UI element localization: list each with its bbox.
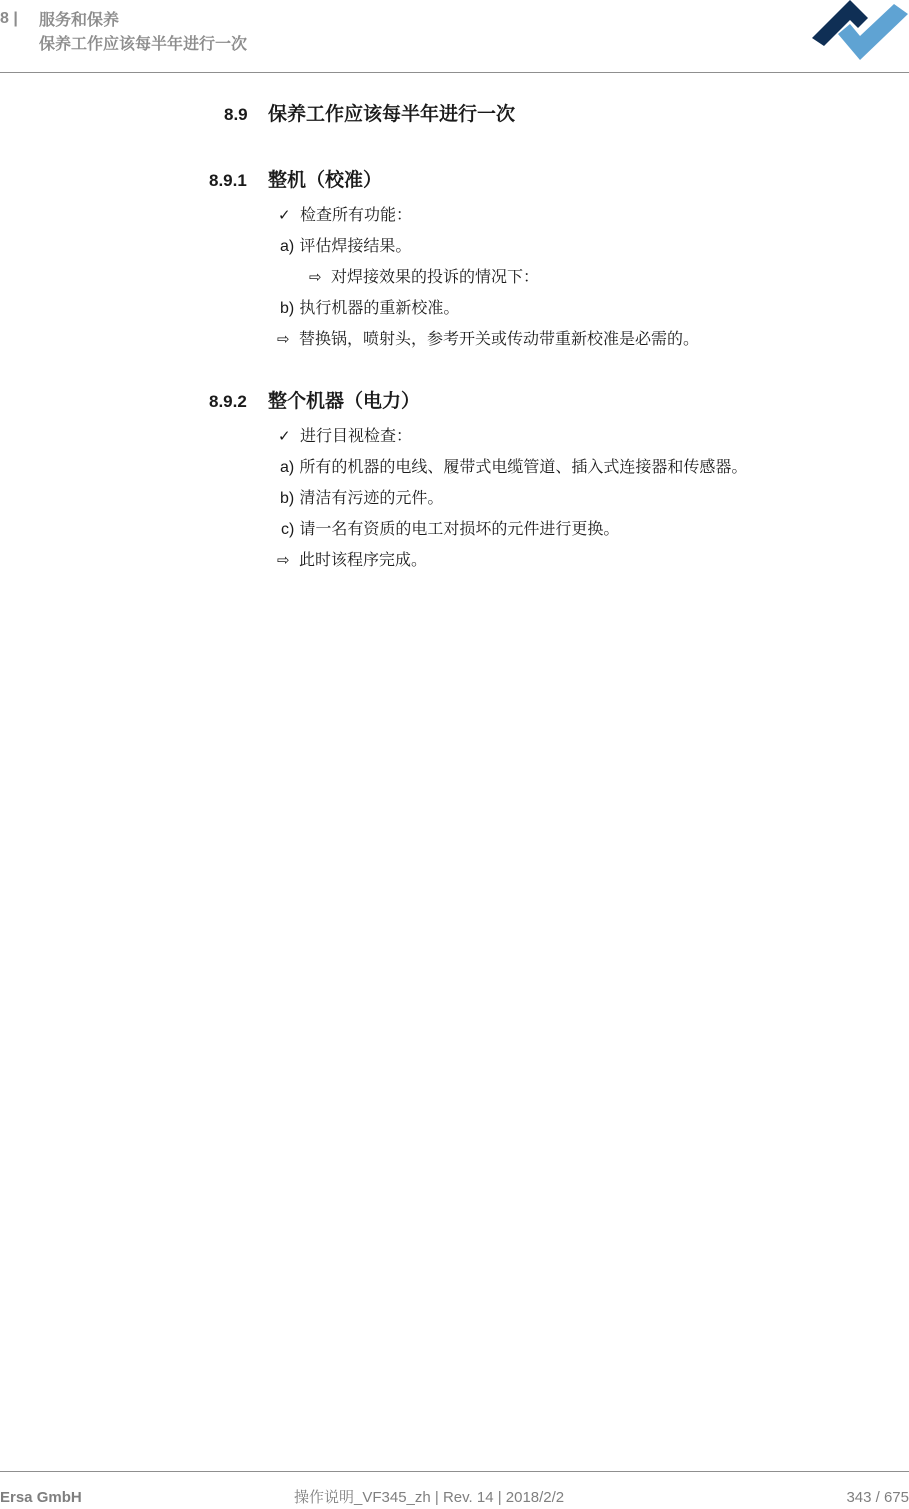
running-section-title: 保养工作应该每半年进行一次 bbox=[39, 33, 247, 55]
header-divider bbox=[0, 72, 909, 73]
subsection-title: 整机（校准） bbox=[268, 169, 382, 191]
subsection-number: 8.9.2 bbox=[209, 388, 268, 416]
step-label: a) bbox=[280, 238, 294, 255]
arrow-right-icon: ⇨ bbox=[277, 549, 299, 571]
step-item: a) 所有的机器的电线、履带式电缆管道、插入式连接器和传感器。 bbox=[280, 456, 747, 479]
step-item: c) 请一名有资质的电工对损坏的元件进行更换。 bbox=[281, 518, 619, 541]
result-item: ⇨此时该程序完成。 bbox=[277, 549, 427, 571]
chapter-number: 8 | bbox=[0, 10, 18, 28]
step-item: b) 执行机器的重新校准。 bbox=[280, 297, 459, 320]
step-label: b) bbox=[280, 300, 294, 317]
item-text: 替换锅，喷射头，参考开关或传动带重新校准是必需的。 bbox=[299, 329, 699, 348]
item-text: 所有的机器的电线、履带式电缆管道、插入式连接器和传感器。 bbox=[299, 457, 747, 476]
item-text: 清洁有污迹的元件。 bbox=[299, 488, 443, 507]
item-text: 进行目视检查： bbox=[300, 426, 412, 445]
item-text: 此时该程序完成。 bbox=[299, 550, 427, 569]
subsection-number: 8.9.1 bbox=[209, 167, 268, 195]
check-item: ✓检查所有功能： bbox=[278, 204, 412, 226]
result-item: ⇨替换锅，喷射头，参考开关或传动带重新校准是必需的。 bbox=[277, 328, 699, 350]
item-text: 执行机器的重新校准。 bbox=[299, 298, 459, 317]
section-heading: 8.9保养工作应该每半年进行一次 bbox=[224, 100, 515, 129]
step-item: b) 清洁有污迹的元件。 bbox=[280, 487, 443, 510]
result-item: ⇨对焊接效果的投诉的情况下： bbox=[309, 266, 539, 288]
arrow-right-icon: ⇨ bbox=[277, 328, 299, 350]
footer-company: Ersa GmbH bbox=[0, 1488, 82, 1508]
subsection-title: 整个机器（电力） bbox=[268, 390, 420, 412]
item-text: 评估焊接结果。 bbox=[299, 236, 411, 255]
step-label: b) bbox=[280, 490, 294, 507]
item-text: 请一名有资质的电工对损坏的元件进行更换。 bbox=[299, 519, 619, 538]
checkmark-icon: ✓ bbox=[278, 425, 300, 447]
ersa-logo-icon bbox=[812, 0, 908, 62]
section-title: 保养工作应该每半年进行一次 bbox=[268, 103, 515, 125]
arrow-right-icon: ⇨ bbox=[309, 266, 331, 288]
footer-divider bbox=[0, 1471, 909, 1472]
section-number: 8.9 bbox=[224, 101, 268, 129]
chapter-title: 服务和保养 bbox=[39, 9, 119, 31]
step-label: a) bbox=[280, 459, 294, 476]
footer-page-number: 343 / 675 bbox=[846, 1488, 909, 1508]
step-item: a) 评估焊接结果。 bbox=[280, 235, 411, 258]
footer-document-info: 操作说明_VF345_zh | Rev. 14 | 2018/2/2 bbox=[294, 1488, 564, 1508]
item-text: 对焊接效果的投诉的情况下： bbox=[331, 267, 539, 286]
item-text: 检查所有功能： bbox=[300, 205, 412, 224]
subsection-heading-8-9-1: 8.9.1整机（校准） bbox=[209, 166, 382, 195]
checkmark-icon: ✓ bbox=[278, 204, 300, 226]
subsection-heading-8-9-2: 8.9.2整个机器（电力） bbox=[209, 387, 420, 416]
check-item: ✓进行目视检查： bbox=[278, 425, 412, 447]
step-label: c) bbox=[281, 521, 294, 538]
